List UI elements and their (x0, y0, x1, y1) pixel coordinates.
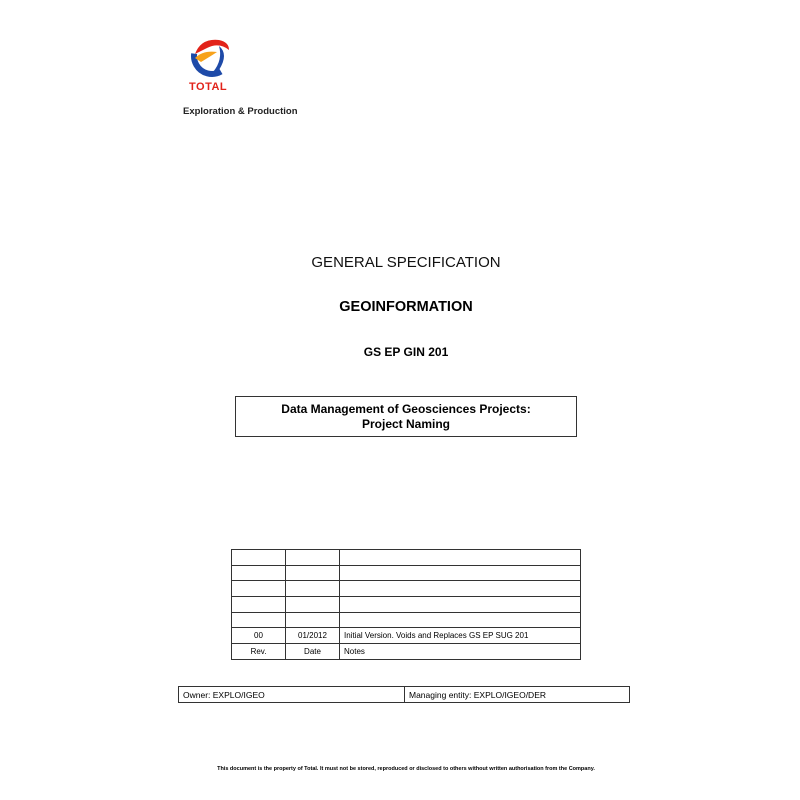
division-label: Exploration & Production (183, 106, 298, 117)
rev-cell (232, 565, 286, 581)
table-row (232, 565, 581, 581)
total-logo-icon (189, 34, 235, 78)
notes-cell (340, 612, 581, 628)
rev-cell (232, 597, 286, 613)
notes-cell (340, 565, 581, 581)
date-cell: 01/2012 (286, 628, 340, 644)
date-cell (286, 565, 340, 581)
title-line-1: Data Management of Geosciences Projects: (236, 402, 576, 417)
rev-header: Rev. (232, 644, 286, 660)
notes-cell: Initial Version. Voids and Replaces GS E… (340, 628, 581, 644)
rev-cell (232, 612, 286, 628)
notes-cell (340, 597, 581, 613)
confidentiality-notice: This document is the property of Total. … (0, 766, 800, 772)
date-cell (286, 597, 340, 613)
notes-cell (340, 550, 581, 566)
document-code: GS EP GIN 201 (0, 345, 800, 359)
table-row: 00 01/2012 Initial Version. Voids and Re… (232, 628, 581, 644)
document-domain: GEOINFORMATION (0, 299, 800, 315)
brand-name: TOTAL (189, 81, 227, 93)
rev-cell (232, 550, 286, 566)
date-cell (286, 550, 340, 566)
date-header: Date (286, 644, 340, 660)
table-row (232, 581, 581, 597)
rev-cell: 00 (232, 628, 286, 644)
table-row (232, 550, 581, 566)
managing-entity-cell: Managing entity: EXPLO/IGEO/DER (405, 687, 630, 703)
notes-cell (340, 581, 581, 597)
table-row (232, 612, 581, 628)
table-header-row: Rev. Date Notes (232, 644, 581, 660)
rev-cell (232, 581, 286, 597)
revision-table: 00 01/2012 Initial Version. Voids and Re… (231, 549, 581, 660)
title-line-2: Project Naming (236, 417, 576, 432)
date-cell (286, 581, 340, 597)
document-type: GENERAL SPECIFICATION (0, 254, 800, 271)
document-title-box: Data Management of Geosciences Projects:… (235, 396, 577, 437)
notes-header: Notes (340, 644, 581, 660)
date-cell (286, 612, 340, 628)
owner-cell: Owner: EXPLO/IGEO (179, 687, 405, 703)
ownership-table: Owner: EXPLO/IGEO Managing entity: EXPLO… (178, 686, 630, 703)
table-row (232, 597, 581, 613)
